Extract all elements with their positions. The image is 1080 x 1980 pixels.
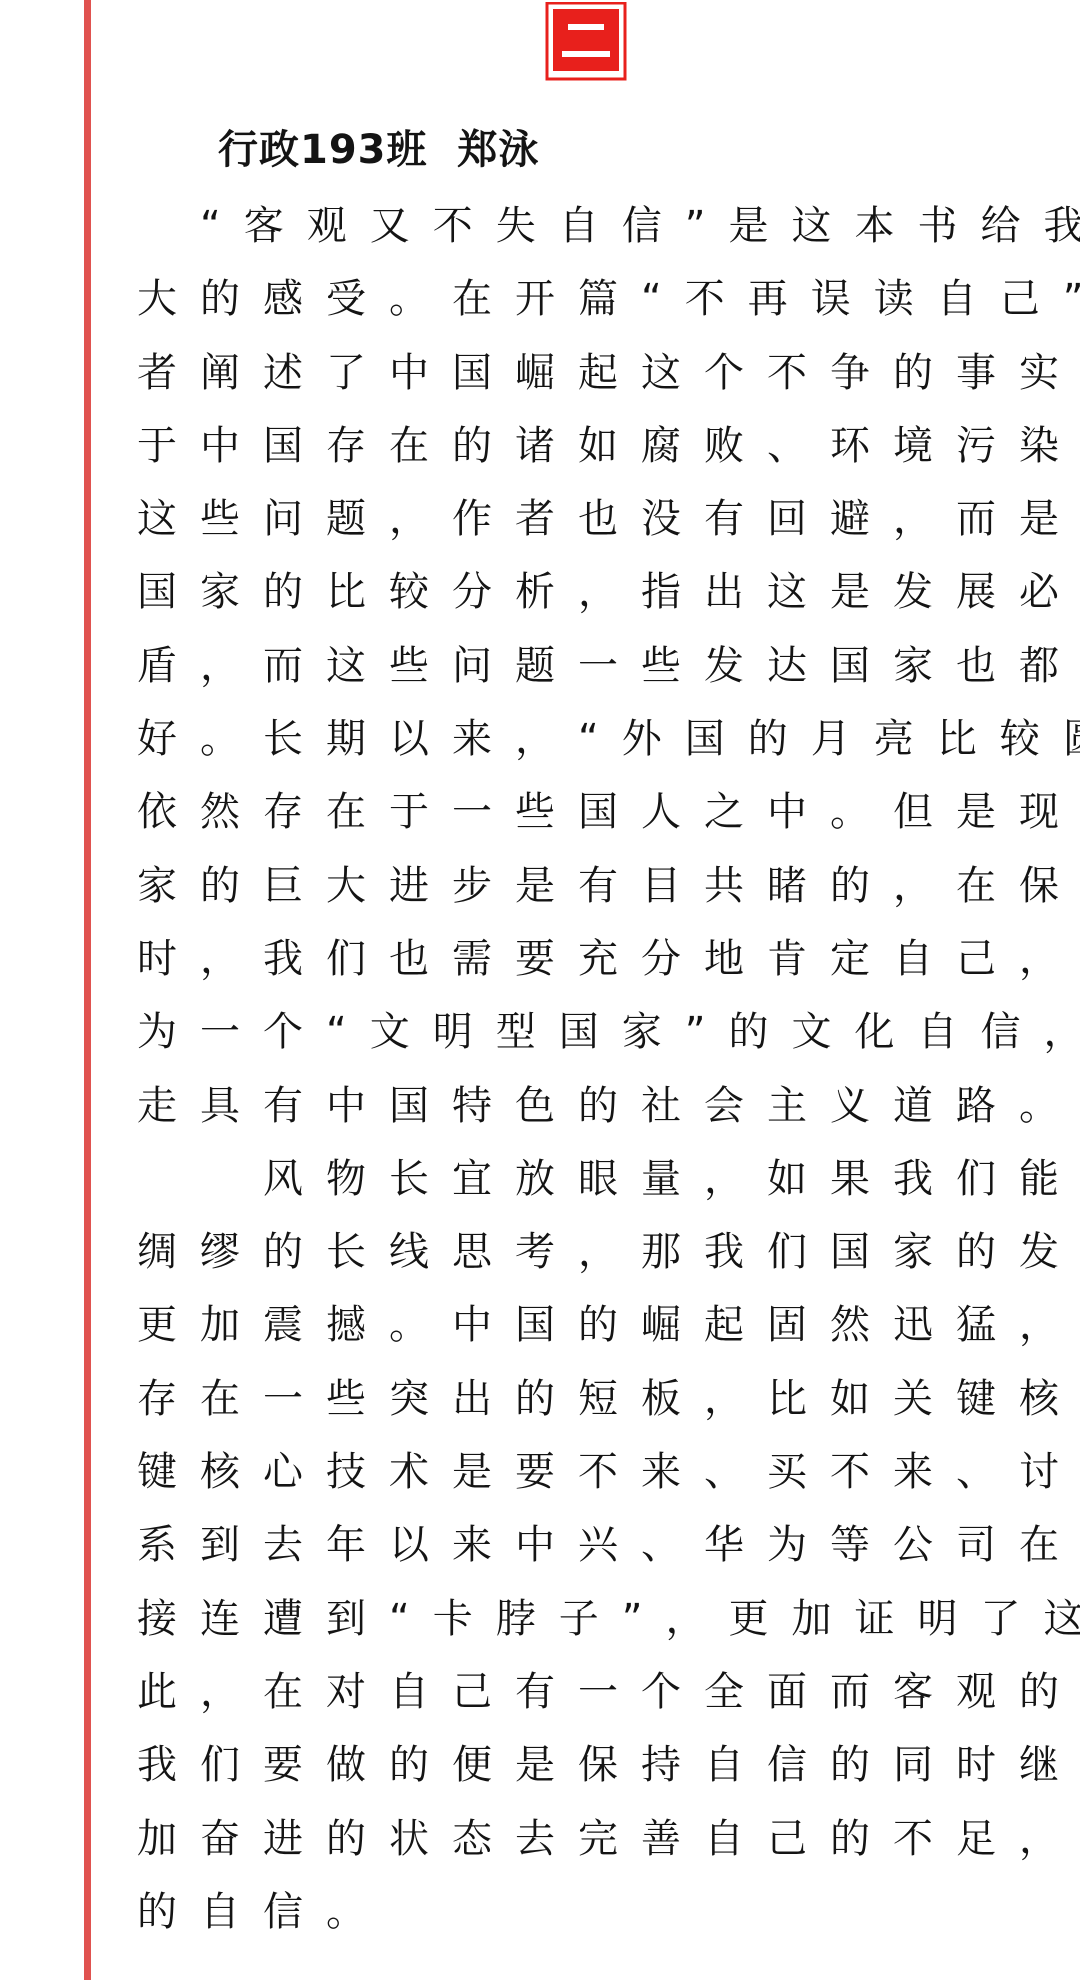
text-line: 接连遭到“卡脖子”，更加证明了这一点。因 xyxy=(137,1583,1037,1656)
text-line: 我们要做的便是保持自信的同时继续以一种更 xyxy=(137,1729,1037,1802)
essay-body: “客观又不失自信”是这本书给我的一个最 大的感受。在开篇“不再误读自己”这章中，… xyxy=(137,190,1037,1949)
left-red-rule xyxy=(84,0,91,1980)
text-line: 系到去年以来中兴、华为等公司在核心技术上 xyxy=(137,1509,1037,1582)
text-line: 依然存在于一些国人之中。但是现在，我们国 xyxy=(137,776,1037,849)
text-line: 为一个“文明型国家”的文化自信，坚定不移地 xyxy=(137,996,1037,1069)
text-line: 家的巨大进步是有目共睹的，在保持谦逊的同 xyxy=(137,850,1037,923)
text-line: 于中国存在的诸如腐败、环境污染、贫富差距 xyxy=(137,410,1037,483)
text-line: 键核心技术是要不来、买不来、讨不来的。联 xyxy=(137,1436,1037,1509)
text-line: 时，我们也需要充分地肯定自己，建立自己作 xyxy=(137,923,1037,996)
text-line: 走具有中国特色的社会主义道路。 xyxy=(137,1070,1037,1143)
text-line: 绸缪的长线思考，那我们国家的发展必将令人 xyxy=(137,1216,1037,1289)
text-line: 的自信。 xyxy=(137,1876,1037,1949)
text-line: 者阐述了中国崛起这个不争的事实。同时，对 xyxy=(137,337,1037,410)
text-line: 加奋进的状态去完善自己的不足，以维持自己 xyxy=(137,1803,1037,1876)
author-title: 行政193班 郑泳 xyxy=(218,126,539,174)
text-line: 风物长宜放眼量，如果我们能做一些未雨 xyxy=(137,1143,1037,1216)
text-line: 更加震撼。中国的崛起固然迅猛，但我们依旧 xyxy=(137,1289,1037,1362)
seal-stamp-icon xyxy=(544,2,628,82)
text-line: “客观又不失自信”是这本书给我的一个最 xyxy=(137,190,1037,263)
text-line: 大的感受。在开篇“不再误读自己”这章中，作 xyxy=(137,263,1037,336)
text-line: 这些问题，作者也没有回避，而是通过与其他 xyxy=(137,483,1037,556)
text-line: 存在一些突出的短板，比如关键核心技术。关 xyxy=(137,1363,1037,1436)
text-line: 好。长期以来，“外国的月亮比较圆”这种思想 xyxy=(137,703,1037,776)
text-line: 盾，而这些问题一些发达国家也都还没解决 xyxy=(137,630,1037,703)
text-line: 国家的比较分析，指出这是发展必须经历的矛 xyxy=(137,556,1037,629)
text-line: 此，在对自己有一个全面而客观的认知之后， xyxy=(137,1656,1037,1729)
